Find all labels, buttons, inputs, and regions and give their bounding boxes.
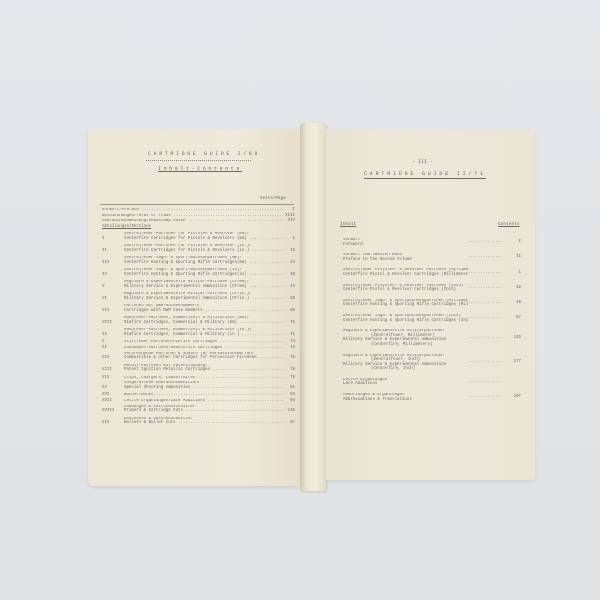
contents-header: Contents (498, 222, 520, 227)
toc-label: Patronen mit DWM-Hülsennummern/Cartridge… (124, 304, 283, 313)
section-number: XVII (102, 399, 124, 404)
toc-row: XIIVerbrennende Patronen & andere für Pe… (102, 352, 295, 361)
toc-page: 125 (503, 336, 521, 341)
toc-label: Zündungen & Patronenschnitte/Primers & C… (124, 405, 283, 414)
toc-label: Letzte ErgänzungenLate Additions (343, 378, 468, 387)
section-number: II (102, 249, 124, 254)
toc-line: Centerfire Pistol & Revolver Cartridges … (343, 273, 468, 278)
section-number: III (102, 261, 124, 266)
toc-label: Letzte Ergänzungen/Late Additions ......… (124, 399, 283, 404)
toc-label: Verbrennende Patronen & andere für Perku… (124, 352, 283, 361)
toc-row: IXRandfeuer-Patronen, Kommerziell & Mili… (102, 328, 295, 337)
toc-row: VIIPatronen mit DWM-Hülsennummern/Cartri… (102, 304, 295, 313)
toc-page: 24 (283, 261, 295, 266)
toc-label: Zentralfeuer-Patronen für Pistolen & Rev… (124, 232, 283, 241)
toc-row: XVIIIZündungen & Patronenschnitte/Primer… (102, 405, 295, 414)
toc-page: 207 (503, 395, 521, 400)
toc-page: 87 (503, 316, 521, 321)
section-number: IX (102, 333, 124, 338)
toc-row: XVIILetzte Ergänzungen/Late Additions ..… (102, 399, 295, 404)
toc-row: Reguläre & Experimentelle Militärpatrone… (343, 354, 521, 372)
toc-row: IIIZentralfeuer-Jagd- & Sport-Büchsenpat… (102, 256, 295, 265)
toc-line: Centerfire Hunting & Sporting Rifle Cart… (343, 303, 468, 308)
toc-page: XIII (283, 214, 295, 219)
section-number: XII (102, 356, 124, 361)
left-toc: Vorwort/Preface ........................… (102, 208, 295, 429)
toc-label: Bücher/Books ...........................… (124, 393, 283, 398)
toc-line: (Centerfire, Millimeters) (343, 343, 468, 348)
toc-label: Vorwort/Preface ........................… (102, 208, 283, 213)
toc-page: 75 (283, 346, 295, 351)
toc-page: II (503, 255, 521, 260)
section-number: VIII (102, 321, 124, 326)
toc-page: I (503, 240, 521, 245)
toc-row: Bezeichnungen/Terms of Trade ...........… (102, 214, 295, 219)
toc-label: Reguläre & Experimentelle Militärpatrone… (343, 354, 468, 372)
toc-page: 1 (503, 271, 521, 276)
toc-label-en: Cartridges with DWM Case Numbers .......… (124, 309, 283, 314)
page-number: - III - (412, 160, 433, 165)
page-column-header: Seite/Page (260, 196, 286, 201)
toc-page: 177 (503, 360, 521, 365)
toc-label: Ausgefallene Gebrauchsmunition/Special S… (124, 381, 283, 390)
left-page-title: CARTRIDGE GUIDE I/69 (148, 152, 260, 157)
toc-label: Vorwort zum zweiten BandPreface to the S… (343, 253, 468, 262)
toc-label: Gebrauchsanweisung/Headstamp Guide .....… (102, 219, 283, 224)
toc-label: Bezeichnungen/Terms of Trade ...........… (102, 214, 283, 219)
toc-label: Zentralfeuer Pistolen- & Revolver Patron… (343, 268, 468, 277)
section-number: XVI (102, 393, 124, 398)
toc-label: Zentralfeuer Jagd- & Sportbüchsenpatrone… (343, 314, 468, 323)
toc-row: XIXGeschosse & Geschoßschnitte/Bullets &… (102, 417, 295, 426)
toc-label: Reguläre & Experimentelle Militärpatrone… (343, 329, 468, 347)
section-number: XIX (102, 421, 124, 426)
toc-page: 78 (283, 368, 295, 373)
header-rule (100, 204, 294, 205)
toc-page: 16 (283, 249, 295, 254)
toc-line: Late Additions (343, 382, 468, 387)
toc-page: 74 (283, 340, 295, 345)
toc-page: 60 (283, 309, 295, 314)
toc-label: Zentralfeuer-Patronen für Pistolen & Rev… (124, 244, 283, 253)
toc-page: 32 (503, 286, 521, 291)
right-toc: VorwortForeword.........................… (343, 238, 521, 408)
toc-page: 58 (283, 297, 295, 302)
toc-label-en: Centerfire Hunting & Sporting Rifle Cart… (124, 261, 283, 266)
toc-row: Abkürzungen & ErgänzungenAbbreviations &… (343, 393, 521, 402)
toc-page: 79 (283, 376, 295, 381)
section-number: XV (102, 386, 124, 391)
toc-label-en: Rimfire Cartridges, Commercial & Militar… (124, 333, 283, 338)
toc-label-en: Special Shooting Ammunition ............… (124, 386, 283, 391)
toc-row: XVAusgefallene Gebrauchsmunition/Special… (102, 381, 295, 390)
toc-label: Randfeuer-Patronen, Kommerziell & Militä… (124, 328, 283, 337)
toc-row: IIZentralfeuer-Patronen für Pistolen & R… (102, 244, 295, 253)
toc-label-en: Patent Ignition Metallic Cartridges ....… (124, 368, 283, 373)
toc-row: Zentralfeuer Pistolen- & Revolver Patron… (343, 268, 521, 277)
section-number: X (102, 340, 124, 345)
toc-label: Zentralfeuer Jagd- & Sportbüchsenpatrone… (343, 299, 468, 308)
toc-line: Zentralfeuer Jagd- & Sportbüchsenpatrone… (343, 314, 468, 319)
toc-row: Reguläre & Experimentelle Militärpatrone… (343, 329, 521, 347)
toc-page: 46 (503, 301, 521, 306)
right-page: - III - CARTRIDGE GUIDE II/71 Inhalt Con… (326, 130, 535, 480)
section-header: Abteilungen/Sections (102, 225, 295, 230)
toc-page: 76 (283, 356, 295, 361)
section-number: I (102, 237, 124, 242)
toc-page: 44 (283, 285, 295, 290)
toc-row: IZentralfeuer-Patronen für Pistolen & Re… (102, 232, 295, 241)
toc-page: 1 (283, 237, 295, 242)
toc-line: (Centerfire, Inch) (343, 367, 468, 372)
toc-row: Letzte ErgänzungenLate Additions........… (343, 378, 521, 387)
toc-page: 84 (283, 399, 295, 404)
toc-label: Zentralfeuer Pistolen- & Revolver Patron… (343, 284, 468, 293)
toc-label-en: Rimfire Cartridges, Commercial & Militar… (124, 321, 283, 326)
toc-label: VorwortForeword (343, 238, 468, 247)
toc-label: Reguläre & Experimentelle Militär-Patron… (124, 280, 283, 289)
leader-dots: ........................................… (468, 395, 503, 400)
section-number: XVIII (102, 409, 124, 414)
toc-row: Zentralfeuer Pistolen- & Revolver Patron… (343, 284, 521, 293)
section-number: V (102, 285, 124, 290)
toc-line: Preface to the Second Volume (343, 258, 468, 263)
toc-line: Abbreviations & Translations (343, 398, 468, 403)
toc-line: Centerfire Hunting & Sporting Rifle Cart… (343, 319, 468, 324)
toc-row: XIVClips, Chargers, Ladestreifen .......… (102, 376, 295, 381)
toc-label: Metall-Patronen mit Patentzündung/Patent… (124, 364, 283, 373)
toc-label: Randfeuer-Patronen, Kommerziell & Militä… (124, 316, 283, 325)
toc-label-en: Centerfire Hunting & Sporting Rifle Cart… (124, 273, 283, 278)
toc-page: 83 (283, 393, 295, 398)
toc-label-en: Military Service & Experimental Ammuniti… (124, 285, 283, 290)
toc-row: XIZündnadel-Patronen/Needlefire Cartridg… (102, 346, 295, 351)
toc-label: Abkürzungen & ErgänzungenAbbreviations &… (343, 393, 468, 402)
left-page: CARTRIDGE GUIDE I/69 Inhalt-Contents Sei… (88, 129, 299, 486)
inhalt-header: Inhalt (340, 222, 356, 227)
toc-row: Vorwort/Preface ........................… (102, 208, 295, 213)
leader-dots: ........................................… (468, 240, 503, 245)
section-number: XIII (102, 368, 124, 373)
toc-line: Centerfire Pistol & Revolver Cartridges … (343, 288, 468, 293)
toc-page: 71 (283, 333, 295, 338)
title-dotted-rule (146, 160, 251, 161)
toc-label: Zentralfeuer-Jagd- & Sport-Büchsenpatron… (124, 256, 283, 265)
toc-row: Vorwort zum zweiten BandPreface to the S… (343, 253, 521, 262)
leader-dots: ........................................… (468, 380, 503, 385)
toc-label: Zentralfeuer-Jagd- & Sport-Büchsenpatron… (124, 268, 283, 277)
toc-row: XIIIMetall-Patronen mit Patentzündung/Pa… (102, 364, 295, 373)
toc-label: Stiftfeuer-Patronen/Pinfire Cartridges .… (124, 340, 283, 345)
toc-page: XIV (283, 219, 295, 224)
leader-dots: ........................................… (468, 301, 503, 306)
toc-page: 81 (283, 386, 295, 391)
leader-dots: ........................................… (468, 336, 503, 341)
toc-page: 87 (283, 421, 295, 426)
toc-label-en: Primers & Cartridge Cuts ...............… (124, 409, 283, 414)
open-booklet: CARTRIDGE GUIDE I/69 Inhalt-Contents Sei… (0, 0, 600, 600)
toc-label-en: Military Service & Experimental Ammuniti… (124, 297, 283, 302)
leader-dots: ........................................… (468, 360, 503, 365)
section-number: XI (102, 346, 124, 351)
section-number: VI (102, 297, 124, 302)
toc-row: Zentralfeuer Jagd- & Sportbüchsenpatrone… (343, 299, 521, 308)
toc-row: VorwortForeword.........................… (343, 238, 521, 247)
section-number: VII (102, 309, 124, 314)
toc-line: Foreword (343, 243, 468, 248)
toc-row: XVIBücher/Books ........................… (102, 393, 295, 398)
toc-label-en: Combustible & other Cartridges for Percu… (124, 356, 283, 361)
toc-row: Zentralfeuer Jagd- & Sportbüchsenpatrone… (343, 314, 521, 323)
right-page-title: CARTRIDGE GUIDE II/71 (364, 172, 486, 179)
toc-row: VIReguläre & Experimentelle Militär-Patr… (102, 292, 295, 301)
toc-row: VIIIRandfeuer-Patronen, Kommerziell & Mi… (102, 316, 295, 325)
leader-dots: ........................................… (468, 271, 503, 276)
section-number: XIV (102, 376, 124, 381)
toc-row: Gebrauchsanweisung/Headstamp Guide .....… (102, 219, 295, 224)
toc-row: XStiftfeuer-Patronen/Pinfire Cartridges … (102, 340, 295, 345)
toc-page: 140 (283, 409, 295, 414)
toc-label-en: Centerfire Cartridges for Pistols & Revo… (124, 237, 283, 242)
toc-label-en: Centerfire Cartridges for Pistols & Revo… (124, 249, 283, 254)
toc-label: Clips, Chargers, Ladestreifen ..........… (124, 376, 283, 381)
toc-label: Zündnadel-Patronen/Needlefire Cartridges… (124, 346, 283, 351)
toc-page: I (283, 208, 295, 213)
toc-label: Reguläre & Experimentelle Militär-Patron… (124, 292, 283, 301)
toc-page: 71 (283, 321, 295, 326)
leader-dots: ........................................… (468, 286, 503, 291)
toc-label: Geschosse & Geschoßschnitte/Bullets & Bu… (124, 417, 283, 426)
booklet-spine (300, 123, 326, 491)
leader-dots: ........................................… (468, 316, 503, 321)
toc-page: 36 (283, 273, 295, 278)
toc-label-en: Bullets & Bullet Cuts ..................… (124, 421, 283, 426)
toc-row: IVZentralfeuer-Jagd- & Sport-Büchsenpatr… (102, 268, 295, 277)
toc-row: VReguläre & Experimentelle Militär-Patro… (102, 280, 295, 289)
left-page-subtitle: Inhalt-Contents (158, 167, 242, 172)
section-number: IV (102, 273, 124, 278)
leader-dots: ........................................… (468, 255, 503, 260)
